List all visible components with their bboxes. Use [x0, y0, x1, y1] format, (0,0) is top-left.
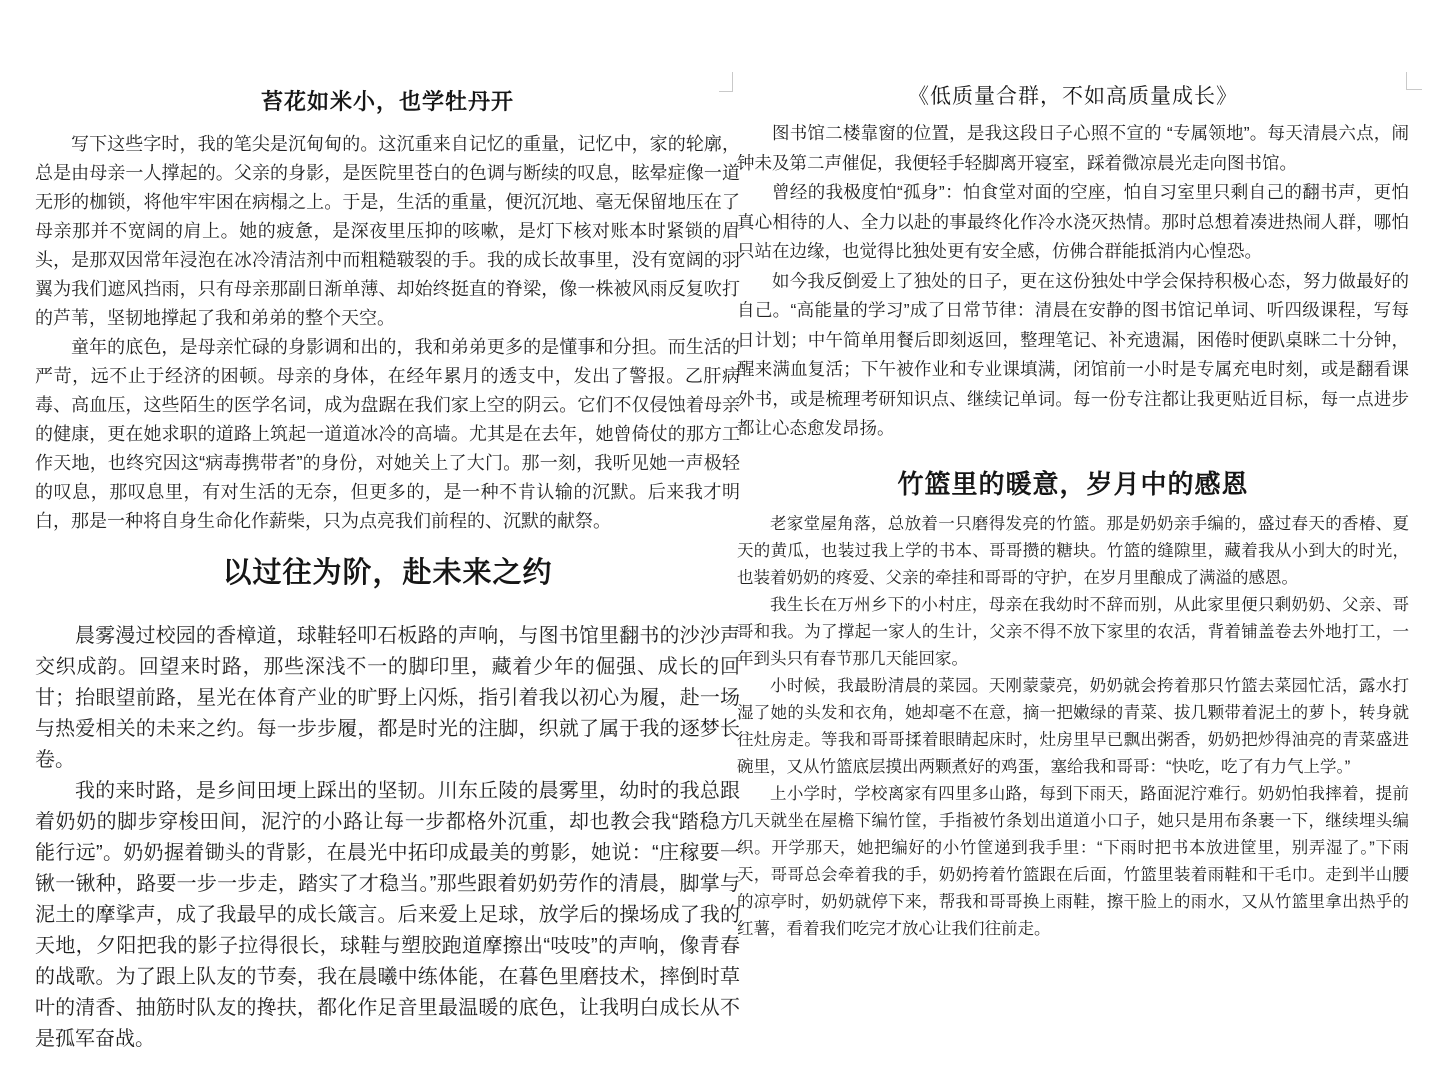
essay-past-as-steps: 以过往为阶，赴未来之约 晨雾漫过校园的香樟道，球鞋轻叩石板路的声响，与图书馆里翻… — [35, 550, 740, 1055]
essay-paragraph: 晨雾漫过校园的香樟道，球鞋轻叩石板路的声响，与图书馆里翻书的沙沙声交织成韵。回望… — [35, 621, 740, 776]
essay-paragraph: 我生长在万州乡下的小村庄，母亲在我幼时不辞而别，从此家里便只剩奶奶、父亲、哥哥和… — [737, 592, 1409, 673]
left-text-column: 苔花如米小，也学牡丹开 写下这些字时，我的笔尖是沉甸甸的。这沉重来自记忆的重量，… — [35, 85, 740, 1055]
document-page: 苔花如米小，也学牡丹开 写下这些字时，我的笔尖是沉甸甸的。这沉重来自记忆的重量，… — [0, 0, 1440, 1080]
essay-bamboo-basket: 竹篮里的暖意，岁月中的感恩 老家堂屋角落，总放着一只磨得发亮的竹篮。那是奶奶亲手… — [737, 464, 1409, 943]
essay-paragraph: 小时候，我最盼清晨的菜园。天刚蒙蒙亮，奶奶就会挎着那只竹篮去菜园忙活，露水打湿了… — [737, 673, 1409, 781]
essay-paragraph: 老家堂屋角落，总放着一只磨得发亮的竹篮。那是奶奶亲手编的，盛过春天的香椿、夏天的… — [737, 511, 1409, 592]
essay-title: 《低质量合群，不如高质量成长》 — [737, 80, 1409, 110]
essay-title: 苔花如米小，也学牡丹开 — [35, 85, 740, 116]
essay-title: 竹篮里的暖意，岁月中的感恩 — [737, 464, 1409, 501]
essay-paragraph: 如今我反倒爱上了独处的日子，更在这份独处中学会保持积极心态，努力做最好的自己。“… — [737, 267, 1409, 444]
right-text-column: 《低质量合群，不如高质量成长》 图书馆二楼靠窗的位置，是我这段日子心照不宣的 “… — [737, 80, 1409, 943]
essay-title: 以过往为阶，赴未来之约 — [35, 550, 740, 591]
essay-paragraph: 曾经的我极度怕“孤身”：怕食堂对面的空座，怕自习室里只剩自己的翻书声，更怕真心相… — [737, 178, 1409, 267]
essay-paragraph: 童年的底色，是母亲忙碌的身影调和出的，我和弟弟更多的是懂事和分担。而生活的严苛，… — [35, 333, 740, 536]
essay-paragraph: 图书馆二楼靠窗的位置，是我这段日子心照不宣的 “专属领地”。每天清晨六点，闹钟未… — [737, 119, 1409, 178]
essay-moss-flower: 苔花如米小，也学牡丹开 写下这些字时，我的笔尖是沉甸甸的。这沉重来自记忆的重量，… — [35, 85, 740, 536]
essay-paragraph: 写下这些字时，我的笔尖是沉甸甸的。这沉重来自记忆的重量，记忆中，家的轮廓，总是由… — [35, 130, 740, 333]
essay-paragraph: 上小学时，学校离家有四里多山路，每到下雨天，路面泥泞难行。奶奶怕我摔着，提前几天… — [737, 781, 1409, 943]
essay-quality-growth: 《低质量合群，不如高质量成长》 图书馆二楼靠窗的位置，是我这段日子心照不宣的 “… — [737, 80, 1409, 444]
essay-paragraph: 我的来时路，是乡间田埂上踩出的坚韧。川东丘陵的晨雾里，幼时的我总跟着奶奶的脚步穿… — [35, 776, 740, 1055]
